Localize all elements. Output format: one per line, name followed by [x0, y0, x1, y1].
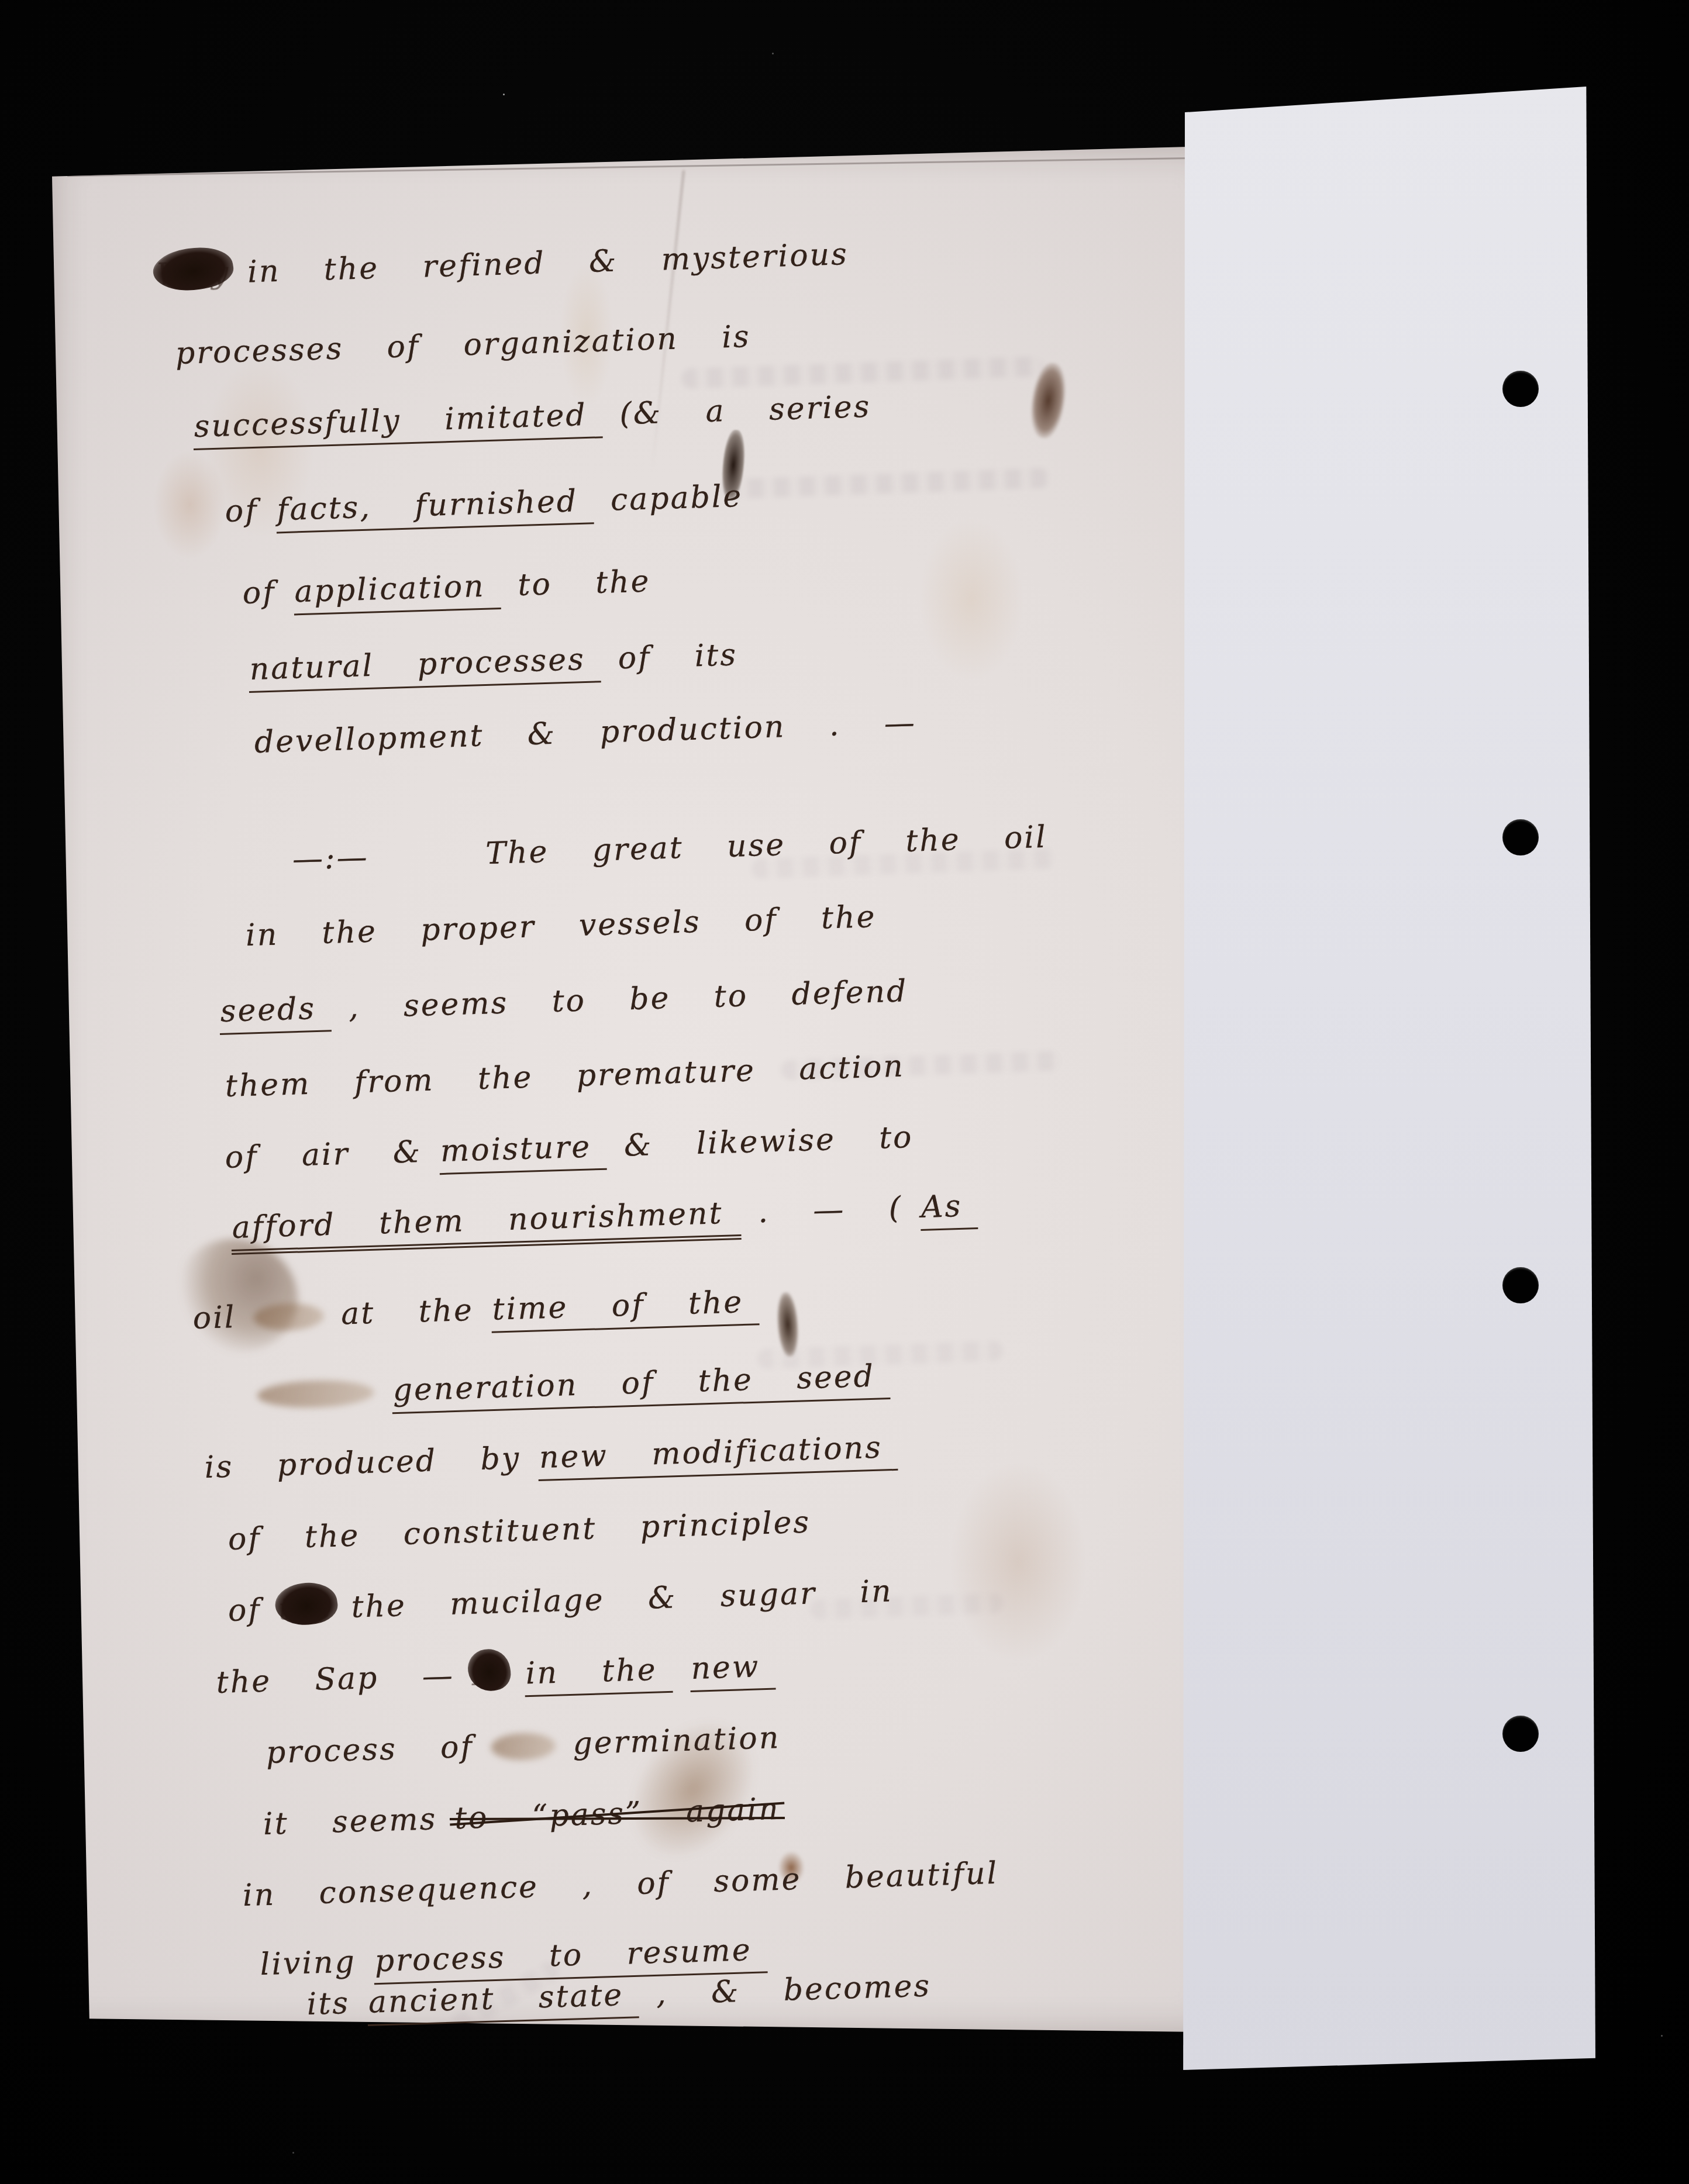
handwritten-text: its [306, 1986, 350, 2022]
handwritten-text: . — ( [757, 1191, 903, 1230]
handwritten-line: —:—The great use of the oil [292, 819, 1065, 877]
handwritten-text: is produced by [204, 1441, 521, 1485]
punch-hole [1502, 1267, 1539, 1303]
handwritten-line: process ofgermination [266, 1720, 798, 1771]
ink-smudged-word [253, 1302, 324, 1331]
handwritten-text: & likewise to [623, 1120, 914, 1164]
handwritten-text: at the [340, 1293, 474, 1332]
punch-hole [1502, 819, 1539, 855]
handwritten-text: processes of organization is [175, 319, 751, 371]
handwritten-line: in consequence , of some beautiful [242, 1855, 1016, 1913]
handwritten-text: new [690, 1649, 776, 1692]
handwritten-line: devellopment & production . — [254, 705, 934, 760]
handwritten-text: The great use of the oil [485, 820, 1047, 871]
punch-hole [1502, 371, 1539, 407]
handwritten-line: oilat thetime of the [192, 1284, 777, 1342]
handwritten-line: it seemsto “pass” again [263, 1791, 798, 1842]
dust-speck [503, 94, 505, 95]
dust-speck [1661, 2035, 1663, 2037]
ink-blotted-word: B [471, 1657, 508, 1693]
handwritten-line: ofapplicationto the [242, 563, 669, 617]
punch-hole [1502, 1716, 1539, 1752]
handwritten-text: in consequence , of some beautiful [242, 1856, 999, 1913]
dust-speck [292, 2152, 294, 2154]
handwritten-text: , seems to be to defend [348, 974, 908, 1025]
handwritten-text: process of [266, 1729, 474, 1770]
hole-punched-strip [1179, 87, 1595, 2070]
handwritten-line: successfully imitated(& a series [192, 389, 890, 450]
ink-smudged-word [257, 1379, 374, 1409]
handwritten-line: of air &moisture& likewise to [225, 1119, 932, 1181]
handwritten-text: in the proper vessels of the [245, 899, 877, 953]
handwritten-text: the Sap — [216, 1658, 455, 1700]
ink-blotted-word: the [278, 1590, 335, 1627]
handwritten-line: of the constituent principles [228, 1505, 829, 1557]
handwritten-text: oil [192, 1300, 236, 1336]
handwritten-text: devellopment & production . — [254, 705, 916, 760]
handwritten-text: in the [524, 1652, 673, 1697]
handwritten-line: processes of organization is [175, 319, 768, 371]
handwritten-text: of [242, 575, 276, 611]
handwritten-text: natural processes [248, 641, 601, 693]
photo-background: Whyin the refined & mysteriousprocesses … [0, 0, 1689, 2184]
handwritten-line: ofthethe mucilage & sugar in [228, 1573, 911, 1628]
handwritten-text: (& a series [619, 389, 872, 432]
handwritten-text: to the [518, 564, 652, 603]
handwritten-line: in the proper vessels of the [245, 899, 894, 953]
handwritten-text: of the constituent principles [228, 1505, 811, 1557]
handwritten-line: afford them nourishment. — (As [230, 1188, 996, 1255]
handwritten-line: natural processesof its [248, 637, 756, 693]
handwritten-line: seeds, seems to be to defend [219, 973, 926, 1035]
handwritten-text: , & becomes [656, 1968, 932, 2012]
dust-speck [772, 53, 774, 54]
handwritten-text: it seems [263, 1802, 437, 1842]
handwritten-text: new modifications [537, 1430, 898, 1481]
handwritten-text: successfully imitated [192, 397, 603, 450]
handwritten-line: the Sap —Bin thenew [216, 1648, 793, 1706]
ink-smudged-word [491, 1732, 556, 1761]
handwritten-line: Whyin the refined & mysterious [156, 236, 866, 292]
handwritten-text: of [225, 493, 258, 529]
ink-blotted-word: Why [156, 255, 230, 292]
handwritten-text: afford them nourishment [230, 1195, 742, 1255]
handwritten-text: to “pass” again [454, 1792, 780, 1836]
handwritten-text: moisture [439, 1129, 607, 1175]
handwritten-text: of [228, 1592, 261, 1628]
handwritten-text: As [919, 1188, 978, 1231]
handwritten-text: facts, furnished [275, 483, 594, 533]
handwritten-text: —:— [292, 840, 369, 877]
handwritten-line: them from the premature action [225, 1048, 922, 1104]
handwritten-text: in the refined & mysterious [247, 237, 849, 289]
handwritten-text: living [260, 1944, 357, 1982]
handwritten-text: of its [618, 637, 738, 676]
handwritten-text: of air & [225, 1134, 422, 1175]
handwritten-text: generation of the seed [391, 1358, 891, 1414]
handwritten-line: is produced bynew modifications [204, 1429, 916, 1491]
handwritten-text: germination [573, 1720, 781, 1761]
handwritten-text: ancient state [367, 1977, 639, 2026]
handwritten-line: offacts, furnishedcapable [225, 478, 761, 535]
handwritten-text: seeds [219, 991, 332, 1035]
handwritten-text: time of the [491, 1284, 759, 1333]
handwritten-text: the mucilage & sugar in [351, 1574, 894, 1624]
handwritten-text: application [292, 568, 501, 615]
handwritten-line: generation of the seed [257, 1358, 908, 1418]
handwritten-text: them from the premature action [225, 1049, 905, 1104]
handwritten-text: capable [610, 479, 743, 518]
